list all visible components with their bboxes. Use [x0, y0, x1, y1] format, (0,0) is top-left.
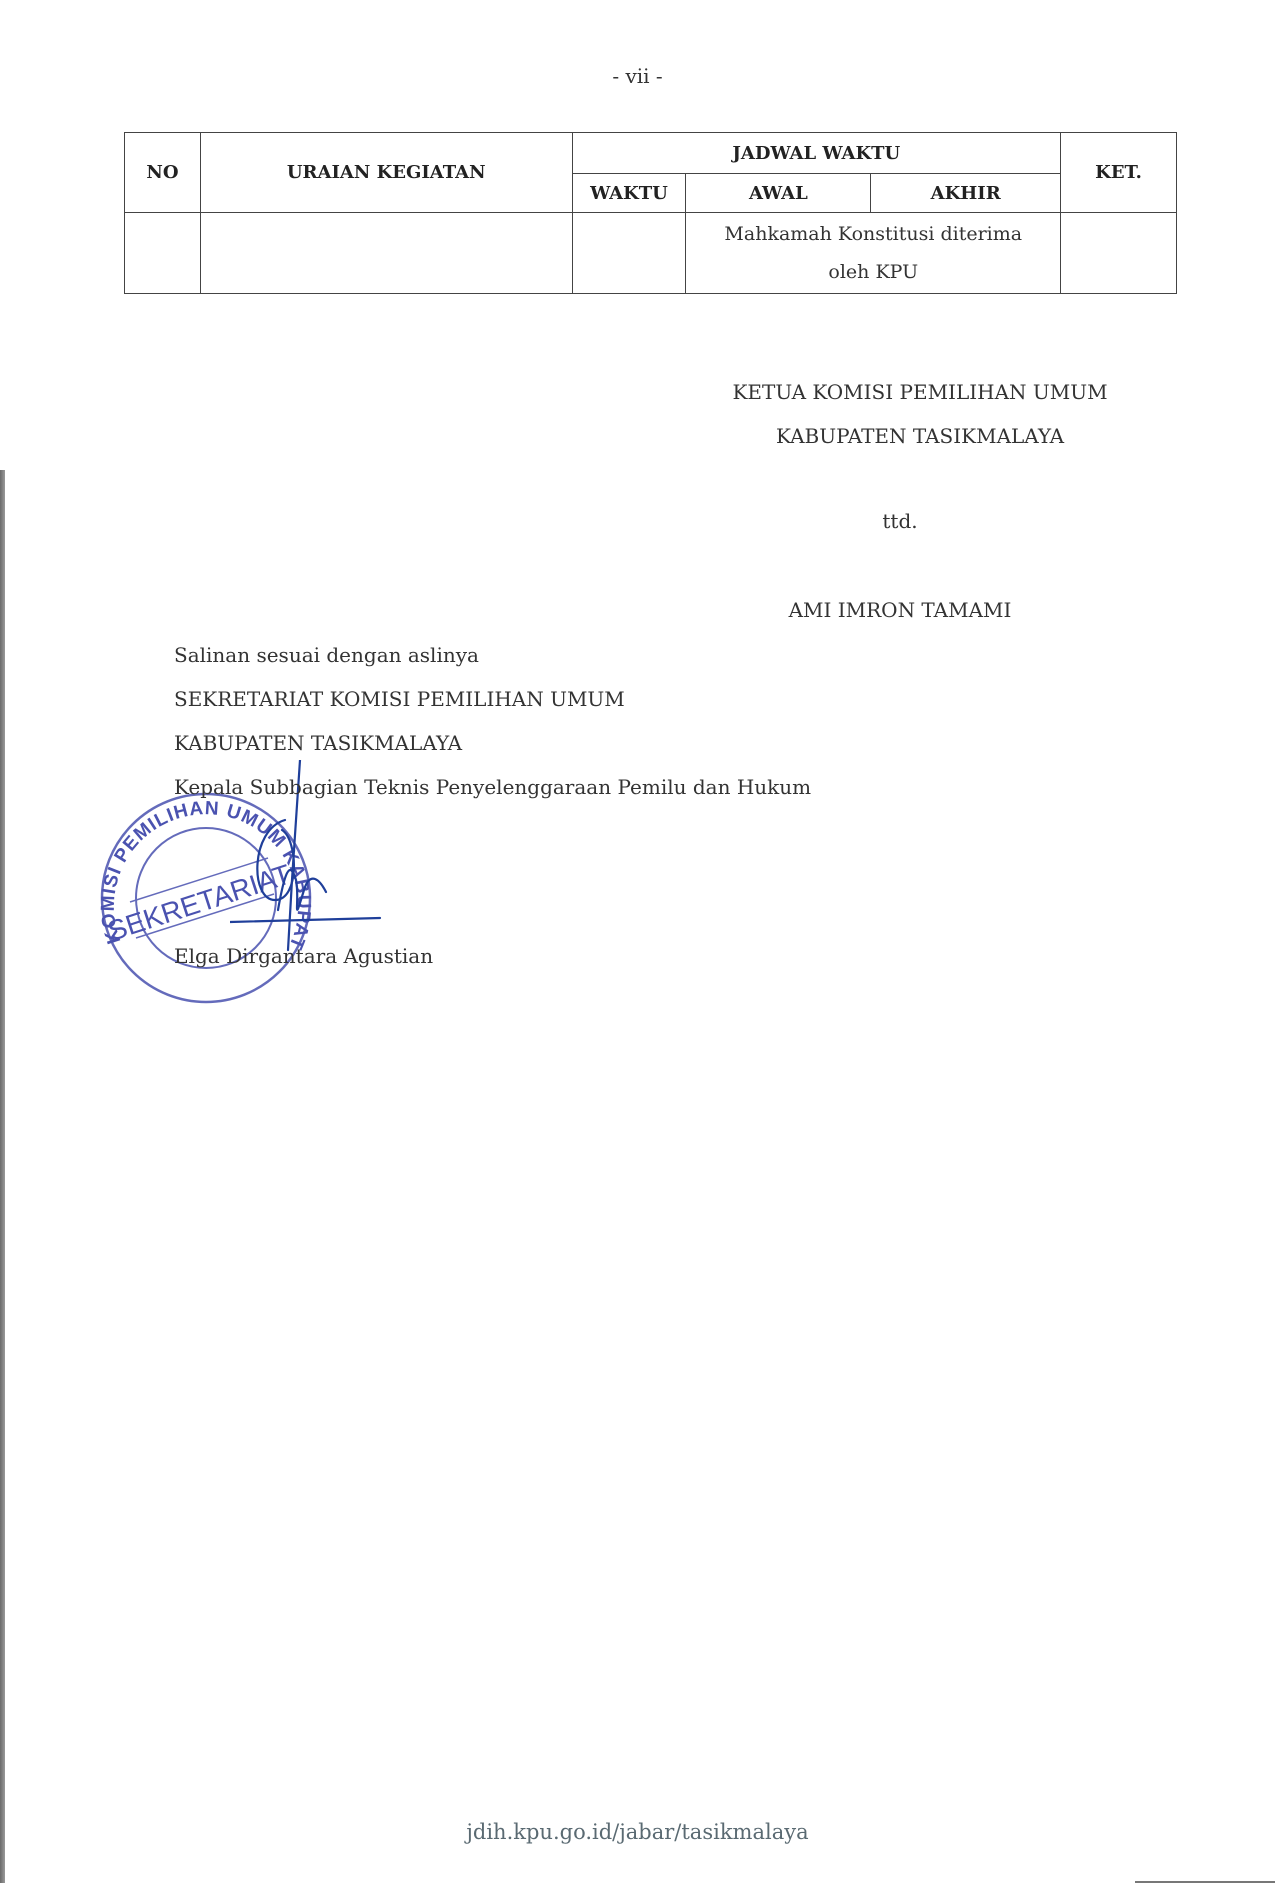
table-row: Mahkamah Konstitusi diterima oleh KPU — [125, 213, 1177, 294]
page-number: - vii - — [0, 64, 1275, 88]
certification-position: Kepala Subbagian Teknis Penyelenggaraan … — [174, 775, 811, 799]
certification-line2: SEKRETARIAT KOMISI PEMILIHAN UMUM — [174, 687, 625, 711]
scan-left-edge — [0, 470, 5, 1883]
cell-uraian — [200, 213, 572, 294]
header-no: NO — [125, 133, 201, 213]
cell-waktu — [572, 213, 686, 294]
signatory-title-line2: KABUPATEN TASIKMALAYA — [660, 424, 1180, 448]
header-jadwal-waktu: JADWAL WAKTU — [572, 133, 1061, 174]
cell-awal-akhir-line1: Mahkamah Konstitusi diterima — [686, 215, 1060, 253]
header-akhir: AKHIR — [871, 174, 1061, 213]
header-awal: AWAL — [686, 174, 871, 213]
header-ket: KET. — [1061, 133, 1177, 213]
schedule-table: NO URAIAN KEGIATAN JADWAL WAKTU KET. WAK… — [124, 132, 1177, 294]
cell-ket — [1061, 213, 1177, 294]
cell-no — [125, 213, 201, 294]
cell-awal-akhir-line2: oleh KPU — [686, 253, 1060, 291]
signatory-title-line1: KETUA KOMISI PEMILIHAN UMUM — [660, 380, 1180, 404]
header-uraian-kegiatan: URAIAN KEGIATAN — [200, 133, 572, 213]
header-waktu: WAKTU — [572, 174, 686, 213]
footer-url: jdih.kpu.go.id/jabar/tasikmalaya — [0, 1820, 1275, 1844]
certification-name: Elga Dirgantara Agustian — [174, 944, 433, 968]
certification-line1: Salinan sesuai dengan aslinya — [174, 643, 479, 667]
signed-mark: ttd. — [640, 509, 1160, 533]
cell-awal-akhir: Mahkamah Konstitusi diterima oleh KPU — [686, 213, 1061, 294]
certification-line3: KABUPATEN TASIKMALAYA — [174, 731, 462, 755]
signatory-name: AMI IMRON TAMAMI — [640, 598, 1160, 622]
